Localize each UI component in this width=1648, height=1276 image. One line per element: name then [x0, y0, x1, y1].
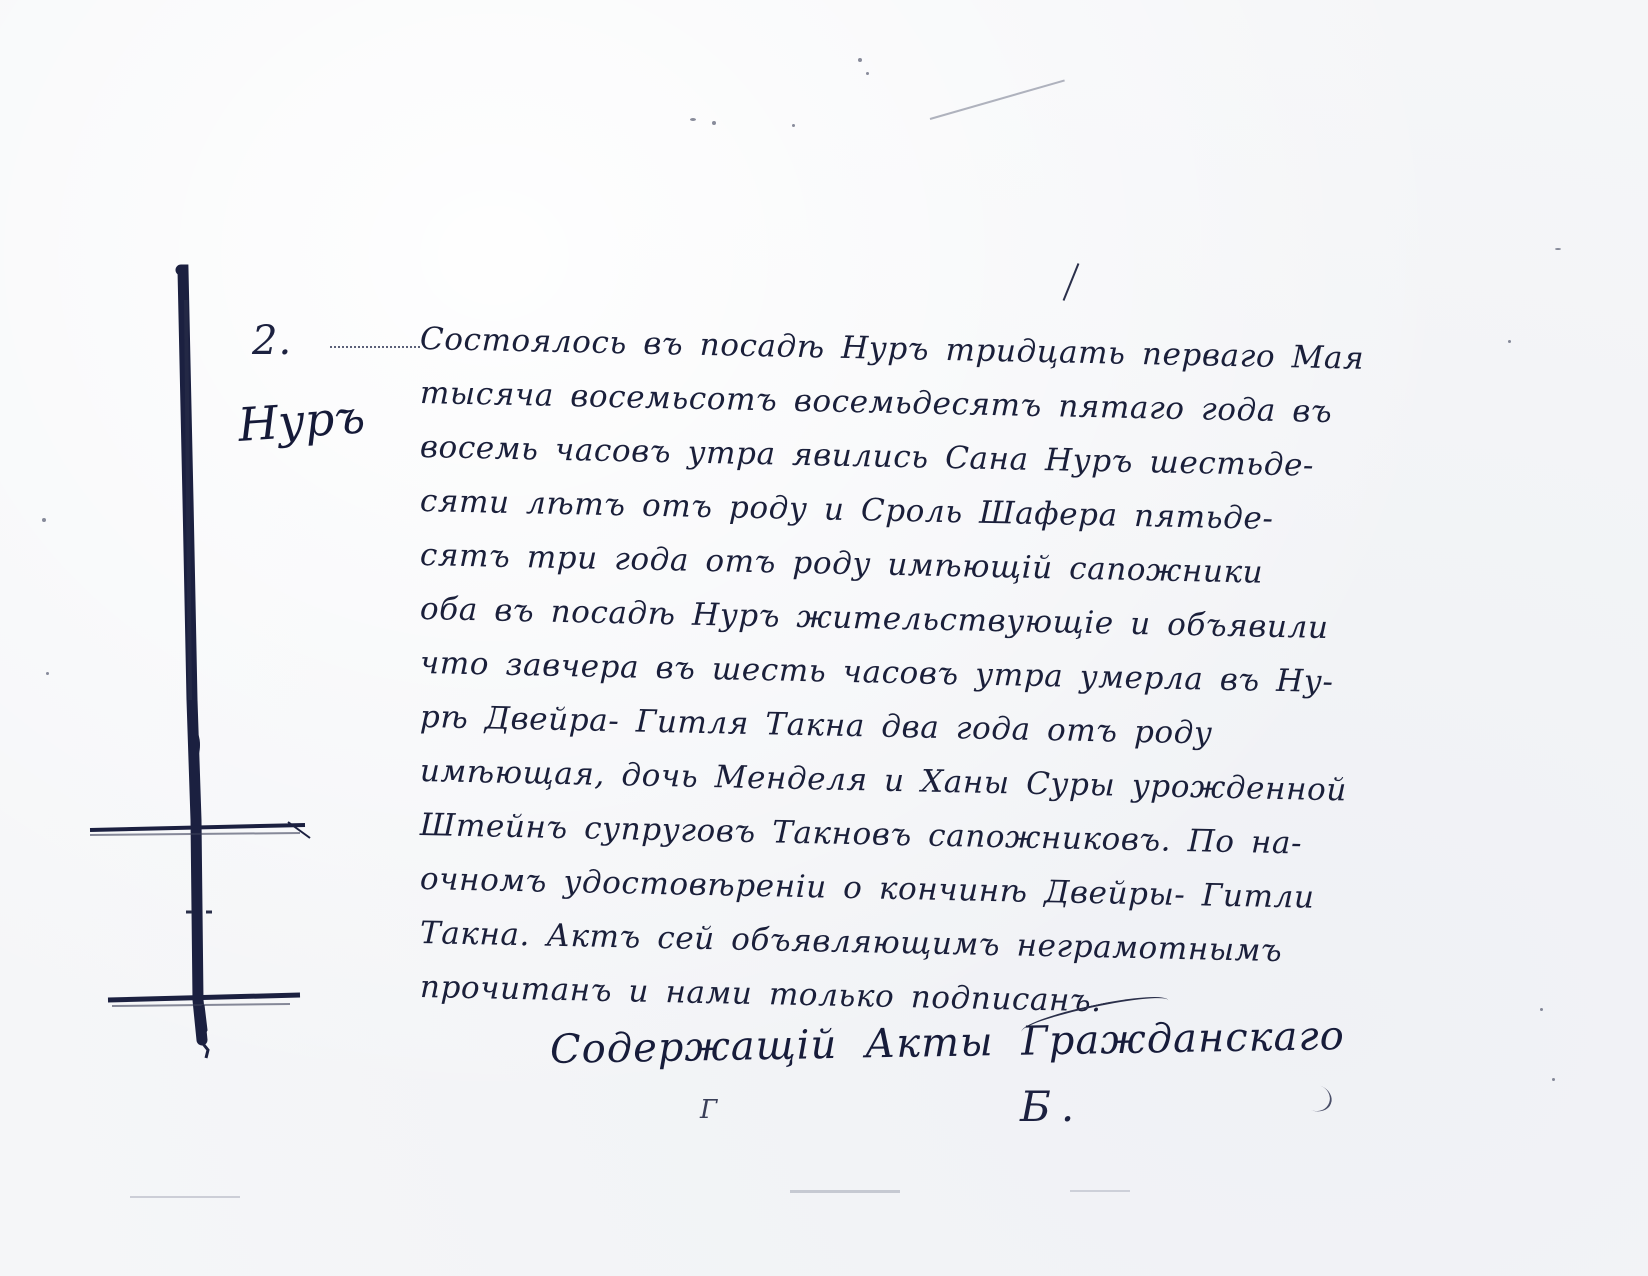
record-body: Состоялось въ посадѣ Нуръ тридцать перва…: [420, 312, 1560, 1014]
scan-speck: [1555, 248, 1561, 250]
scan-speck: [792, 124, 795, 127]
scan-speck: [712, 121, 716, 125]
stray-pen-line: [930, 79, 1065, 120]
entry-leader-dots: [330, 346, 420, 348]
scan-speck: [866, 72, 869, 75]
scan-noise: [1070, 1190, 1130, 1192]
pen-tick-mark: [1063, 263, 1080, 301]
scan-noise: [790, 1190, 900, 1193]
scanned-page: 2. Нуръ Состоялось въ посадѣ Нуръ тридца…: [0, 0, 1648, 1276]
scan-speck: [1552, 1078, 1555, 1081]
signature-paraph: Б.: [1020, 1082, 1084, 1131]
signature-initial-mark: Г: [700, 1095, 717, 1125]
scan-speck: [858, 58, 862, 62]
margin-ruler-cross: [0, 0, 420, 1276]
margin-place-name: Нуръ: [236, 389, 366, 452]
signature-tail-mark: [1297, 1080, 1336, 1115]
scan-speck: [690, 118, 696, 121]
entry-number: 2.: [252, 318, 292, 364]
registrar-signature: Содержащій Акты Гражданскаго: [550, 1013, 1345, 1073]
